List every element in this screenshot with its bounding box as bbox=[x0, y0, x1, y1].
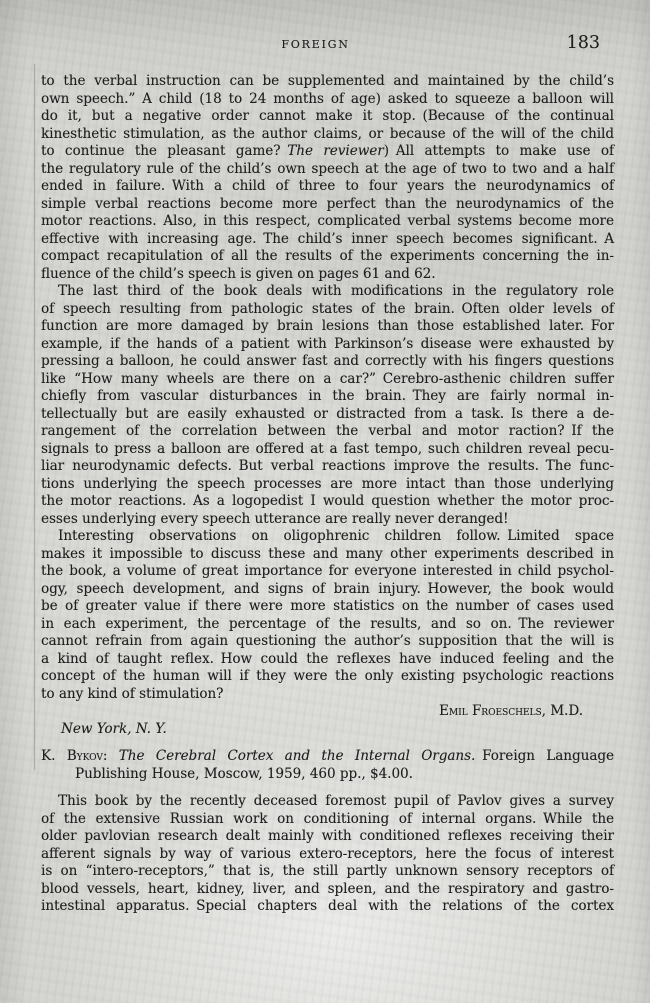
text-line: the motor reactions. As a logopedist I w… bbox=[41, 493, 614, 511]
italic-text: The Cerebral Cortex and the Internal Org… bbox=[119, 748, 476, 764]
paragraph: This book by the recently deceased forem… bbox=[41, 793, 614, 916]
text-line: Publishing House, Moscow, 1959, 460 pp.,… bbox=[41, 766, 614, 784]
text-line: example, if the hands of a patient with … bbox=[41, 336, 614, 354]
text-line: New York, N. Y. bbox=[41, 721, 614, 739]
small-caps-text: Bykov bbox=[67, 748, 103, 764]
page-number: 183 bbox=[567, 33, 600, 53]
text-line: makes it impossible to discuss these and… bbox=[41, 546, 614, 564]
text-line: of speech resulting from pathologic stat… bbox=[41, 301, 614, 319]
text-line: kinesthetic stimulation, as the author c… bbox=[41, 126, 614, 144]
text-line: intestinal apparatus. Special chapters d… bbox=[41, 898, 614, 916]
running-title: FOREIGN bbox=[29, 38, 602, 51]
small-caps-text: Emil Froeschels bbox=[439, 703, 542, 719]
text-line: effective with increasing age. The child… bbox=[41, 231, 614, 249]
text-line: of the extensive Russian work on conditi… bbox=[41, 811, 614, 829]
text-line: tions underlying the speech processes ar… bbox=[41, 476, 614, 494]
text-line: do it, but a negative order cannot make … bbox=[41, 108, 614, 126]
text-line: rangement of the correlation between the… bbox=[41, 423, 614, 441]
paragraph: The last third of the book deals with mo… bbox=[41, 283, 614, 528]
text-line: afferent signals by way of various exter… bbox=[41, 846, 614, 864]
text-line: blood vessels, heart, kidney, liver, and… bbox=[41, 881, 614, 899]
text-line: chiefly from vascular disturbances in th… bbox=[41, 388, 614, 406]
text-column: to the verbal instruction can be supplem… bbox=[41, 73, 614, 916]
text-line: like “How many wheels are there on a car… bbox=[41, 371, 614, 389]
text-line: tellectually but are easily exhausted or… bbox=[41, 406, 614, 424]
text-line: compact recapitulation of all the result… bbox=[41, 248, 614, 266]
text-line: The last third of the book deals with mo… bbox=[41, 283, 614, 301]
text-line: concept of the human will if they were t… bbox=[41, 668, 614, 686]
text-line: This book by the recently deceased forem… bbox=[41, 793, 614, 811]
text-line: esses underlying every speech utterance … bbox=[41, 511, 614, 529]
text-line: motor reactions. Also, in this respect, … bbox=[41, 213, 614, 231]
text-line: function are more damaged by brain lesio… bbox=[41, 318, 614, 336]
text-line: cannot refrain from again questioning th… bbox=[41, 633, 614, 651]
reviewer-location: New York, N. Y. bbox=[41, 721, 614, 739]
scanned-journal-page: FOREIGN 183 to the verbal instruction ca… bbox=[0, 0, 650, 1003]
text-line: signals to press a balloon are offered a… bbox=[41, 441, 614, 459]
text-line: liar neurodynamic defects. But verbal re… bbox=[41, 458, 614, 476]
text-line: a kind of taught reflex. How could the r… bbox=[41, 651, 614, 669]
text-line: to any kind of stimulation? bbox=[41, 686, 614, 704]
text-line: simple verbal reactions become more perf… bbox=[41, 196, 614, 214]
reviewer-signature: Emil Froeschels, M.D. bbox=[41, 703, 614, 721]
page-header: FOREIGN 183 bbox=[41, 33, 614, 55]
text-line: Interesting observations on oligophrenic… bbox=[41, 528, 614, 546]
text-line: in each experiment, the percentage of th… bbox=[41, 616, 614, 634]
text-line: pressing a balloon, he could answer fast… bbox=[41, 353, 614, 371]
italic-text: New York, N. Y. bbox=[61, 721, 167, 737]
paragraph-continuation: to the verbal instruction can be supplem… bbox=[41, 73, 614, 283]
text-line: the regulatory rule of the child’s own s… bbox=[41, 161, 614, 179]
text-line: to the verbal instruction can be supplem… bbox=[41, 73, 614, 91]
italic-text: The reviewer bbox=[287, 143, 383, 159]
text-line: to continue the pleasant game? The revie… bbox=[41, 143, 614, 161]
text-line: ended in failure. With a child of three … bbox=[41, 178, 614, 196]
text-line: fluence of the child’s speech is given o… bbox=[41, 266, 614, 284]
paragraph: Interesting observations on oligophrenic… bbox=[41, 528, 614, 703]
text-line: is on “intero-receptors,” that is, the s… bbox=[41, 863, 614, 881]
text-line: older pavlovian research dealt mainly wi… bbox=[41, 828, 614, 846]
book-citation: K. Bykov: The Cerebral Cortex and the In… bbox=[41, 748, 614, 783]
text-line: K. Bykov: The Cerebral Cortex and the In… bbox=[41, 748, 614, 766]
text-line: Emil Froeschels, M.D. bbox=[41, 703, 614, 721]
text-line: own speech.” A child (18 to 24 months of… bbox=[41, 91, 614, 109]
text-line: the book, a volume of great importance f… bbox=[41, 563, 614, 581]
text-line: ogy, speech development, and signs of br… bbox=[41, 581, 614, 599]
text-line: be of greater value if there were more s… bbox=[41, 598, 614, 616]
scan-gutter-line bbox=[34, 64, 35, 770]
